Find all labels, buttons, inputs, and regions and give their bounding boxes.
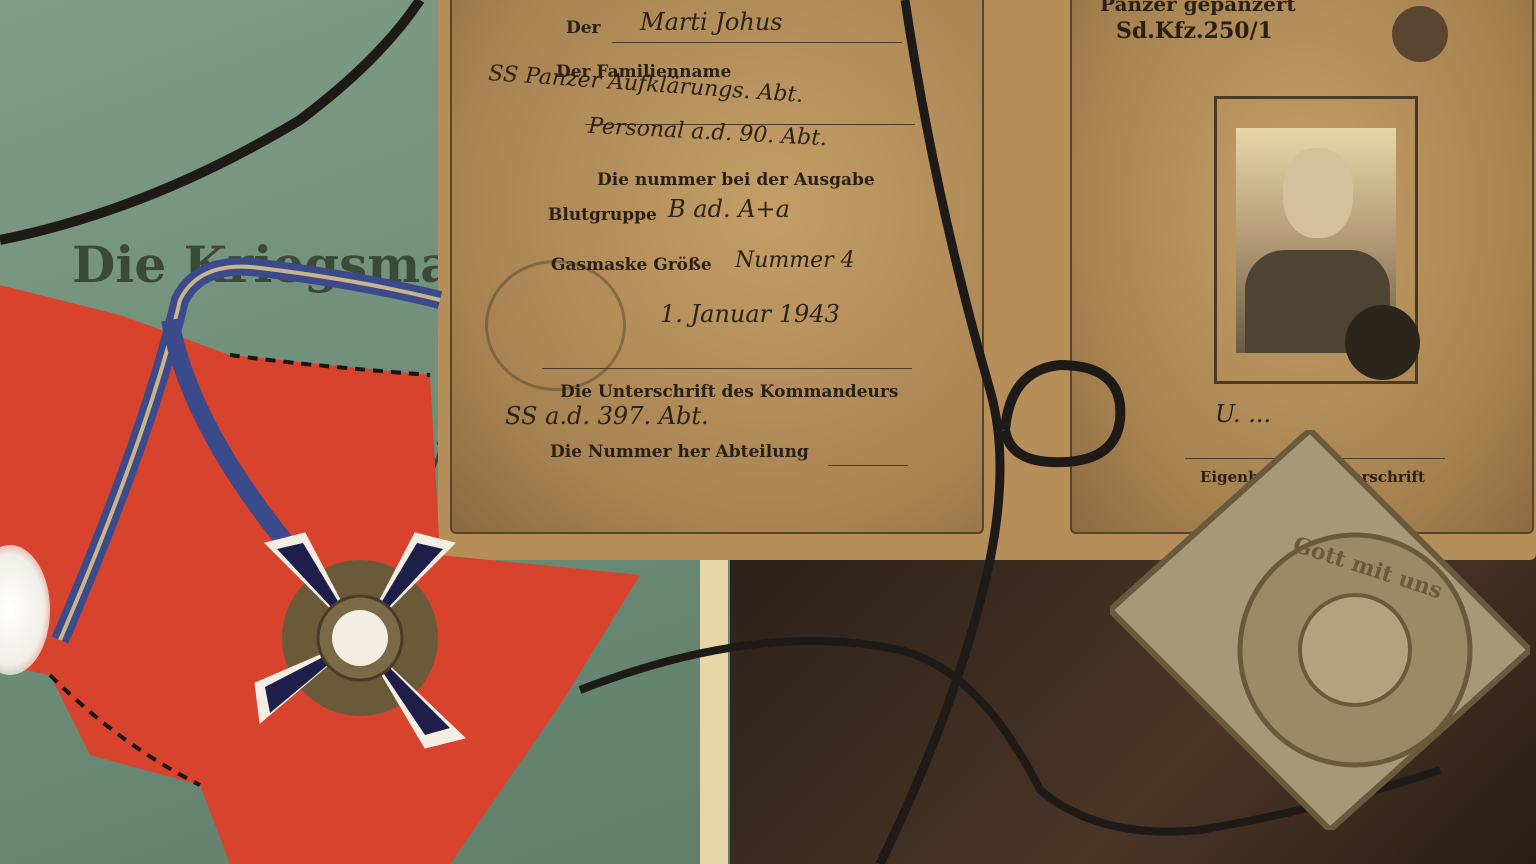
belt-buckle-icon bbox=[1110, 430, 1530, 830]
medal-cross-icon bbox=[245, 523, 475, 753]
photo-scene: Die Kriegsma erobert Norwe Fjord Der Mar… bbox=[0, 0, 1536, 864]
